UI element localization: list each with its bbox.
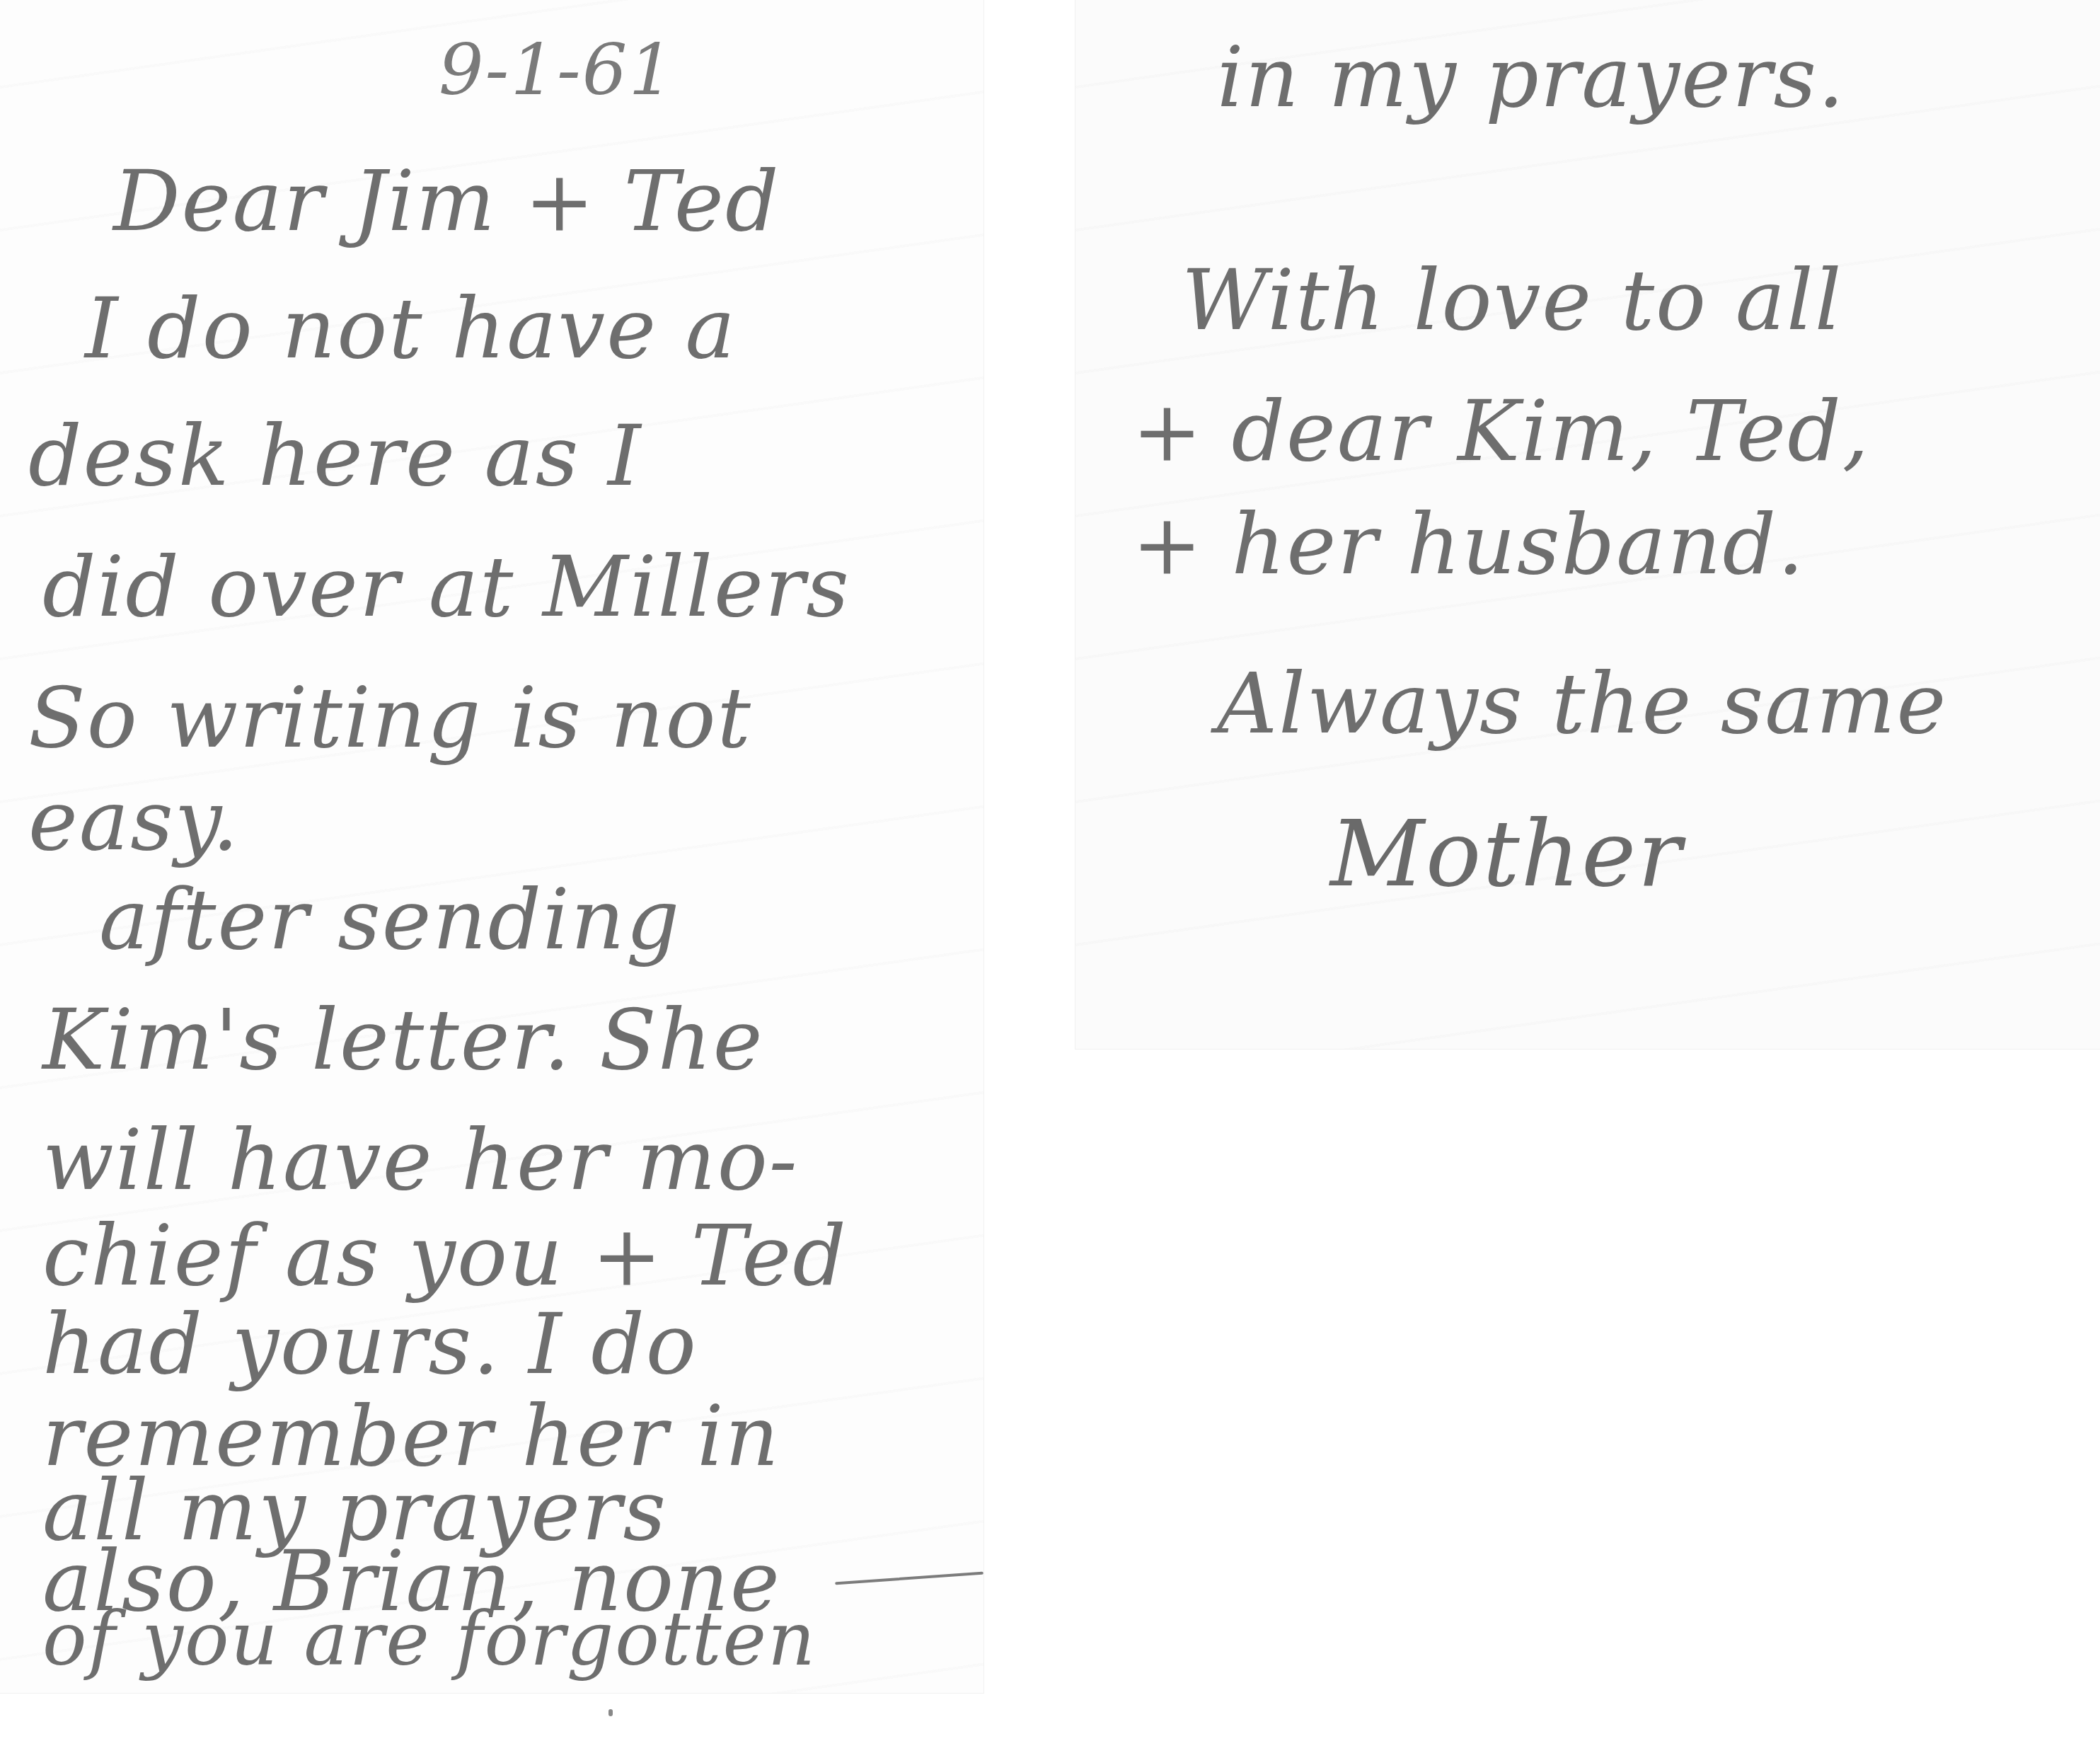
salutation: Dear Jim + Ted [113,152,780,250]
letter-line: chief as you + Ted [42,1207,848,1304]
letter-line: will have her mo- [42,1111,799,1209]
letter-signature: Mother [1330,800,1683,907]
letter-closing: Always the same [1217,655,1947,752]
letter-line: desk here as I [28,407,642,505]
letter-line: So writing is not [28,669,752,766]
letter-line: did over at Millers [42,538,850,636]
letter-line: had yours. I do [42,1295,698,1393]
letter-line: after sending [99,871,681,968]
letter-line: + her husband. [1132,495,1806,593]
letter-page-1: 9-1-61 Dear Jim + Ted I do not have a de… [0,0,983,1693]
letter-page-2: in my prayers. With love to all + dear K… [1075,0,2100,1049]
letter-date: 9-1-61 [439,28,675,111]
letter-line: in my prayers. [1217,28,1846,126]
letter-line: easy. [28,771,240,869]
letter-line: of you are forgotten [42,1596,817,1682]
letter-line: + dear Kim, Ted, [1132,382,1870,480]
letter-line: Kim's letter. She [42,991,764,1088]
letter-line: I do not have a [85,280,737,377]
letter-line: With love to all [1182,251,1842,349]
pencil-mark [608,1709,613,1716]
underline-stroke [835,1572,983,1585]
